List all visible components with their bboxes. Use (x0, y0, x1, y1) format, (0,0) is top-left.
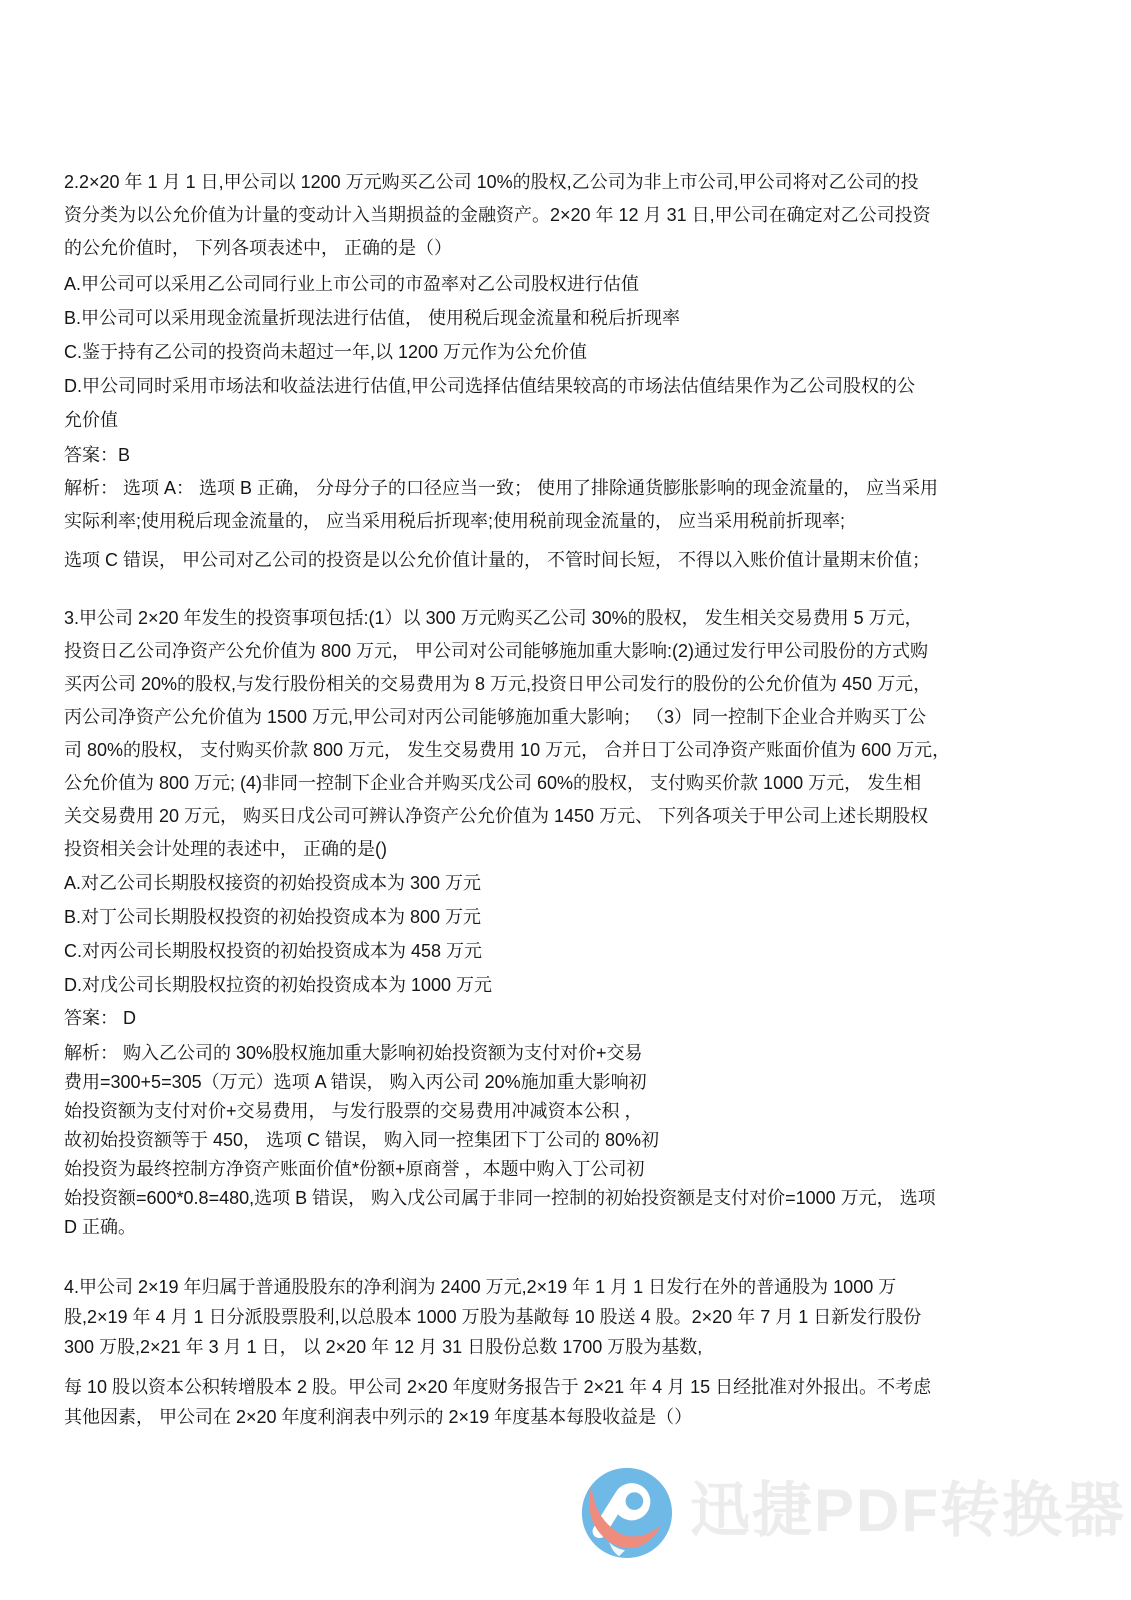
question-2-stem: 2.2×20 年 1 月 1 日,甲公司以 1200 万元购买乙公司 10%的股… (64, 166, 1080, 265)
watermark-text: 迅捷PDF转换器 (690, 1462, 1126, 1560)
text-line: 选项 C 错误， 甲公司对乙公司的投资是以公允价值计量的， 不管时间长短， 不得… (64, 544, 1080, 577)
question-3-stem: 3.甲公司 2×20 年发生的投资事项包括:(1）以 300 万元购买乙公司 3… (64, 602, 1080, 866)
text-line: 始投资额=600*0.8=480,选项 B 错误， 购入戊公司属于非同一控制的初… (64, 1184, 1080, 1213)
text-line: 允价值 (64, 403, 1080, 437)
text-line: D 正确。 (64, 1213, 1080, 1242)
text-line: 费用=300+5=305（万元）选项 A 错误， 购入丙公司 20%施加重大影响… (64, 1068, 1080, 1097)
document-page: 2.2×20 年 1 月 1 日,甲公司以 1200 万元购买乙公司 10%的股… (0, 0, 1131, 1600)
question-3-answer: 答案： D (64, 1002, 1080, 1035)
text-line: 投资相关会计处理的表述中， 正确的是() (64, 833, 1080, 866)
text-line: 解析： 选项 A： 选项 B 正确， 分母分子的口径应当一致； 使用了排除通货膨… (64, 472, 1080, 505)
text-line: 其他因素， 甲公司在 2×20 年度利润表中列示的 2×19 年度基本每股收益是… (64, 1402, 1080, 1432)
text-line: 4.甲公司 2×19 年归属于普通股股东的净利润为 2400 万元,2×19 年… (64, 1272, 1080, 1302)
text-line: C.对丙公司长期股权投资的初始投资成本为 458 万元 (64, 934, 1080, 968)
watermark: 迅捷PDF转换器 (576, 1462, 1126, 1560)
question-3: 3.甲公司 2×20 年发生的投资事项包括:(1）以 300 万元购买乙公司 3… (64, 602, 1080, 1242)
question-2-answer: 答案：B (64, 439, 1080, 472)
text-line: 始投资额为支付对价+交易费用， 与发行股票的交易费用冲减资本公积 ， (64, 1097, 1080, 1126)
question-4: 4.甲公司 2×19 年归属于普通股股东的净利润为 2400 万元,2×19 年… (64, 1272, 1080, 1432)
question-3-options: A.对乙公司长期股权接资的初始投资成本为 300 万元B.对丁公司长期股权投资的… (64, 866, 1080, 1002)
text-line: 300 万股,2×21 年 3 月 1 日， 以 2×20 年 12 月 31 … (64, 1332, 1080, 1362)
text-line: 公允价值为 800 万元; (4)非同一控制下企业合并购买戊公司 60%的股权，… (64, 767, 1080, 800)
text-line: 始投资为最终控制方净资产账面价值*份额+原商誉 ，本题中购入丁公司初 (64, 1155, 1080, 1184)
text-line: A.对乙公司长期股权接资的初始投资成本为 300 万元 (64, 866, 1080, 900)
text-line: 3.甲公司 2×20 年发生的投资事项包括:(1）以 300 万元购买乙公司 3… (64, 602, 1080, 635)
question-2-options: A.甲公司可以采用乙公司同行业上市公司的市盈率对乙公司股权进行估值B.甲公司可以… (64, 267, 1080, 437)
text-line: 投资日乙公司净资产公允价值为 800 万元， 甲公司对公司能够施加重大影响:(2… (64, 635, 1080, 668)
question-2: 2.2×20 年 1 月 1 日,甲公司以 1200 万元购买乙公司 10%的股… (64, 166, 1080, 577)
text-line: 的公允价值时， 下列各项表述中， 正确的是（） (64, 232, 1080, 265)
text-line: 故初始投资额等于 450， 选项 C 错误， 购入同一控集团下丁公司的 80%初 (64, 1126, 1080, 1155)
question-2-analysis-note: 选项 C 错误， 甲公司对乙公司的投资是以公允价值计量的， 不管时间长短， 不得… (64, 544, 1080, 577)
text-line: 资分类为以公允价值为计量的变动计入当期损益的金融资产。2×20 年 12 月 3… (64, 199, 1080, 232)
text-line: C.鉴于持有乙公司的投资尚未超过一年,以 1200 万元作为公允价值 (64, 335, 1080, 369)
text-line: 司 80%的股权， 支付购买价款 800 万元， 发生交易费用 10 万元， 合… (64, 734, 1080, 767)
question-4-stem-part2: 每 10 股以资本公积转增股本 2 股。甲公司 2×20 年度财务报告于 2×2… (64, 1372, 1080, 1432)
text-line: 每 10 股以资本公积转增股本 2 股。甲公司 2×20 年度财务报告于 2×2… (64, 1372, 1080, 1402)
question-3-analysis: 解析： 购入乙公司的 30%股权施加重大影响初始投资额为支付对价+交易费用=30… (64, 1039, 1080, 1242)
text-line: 解析： 购入乙公司的 30%股权施加重大影响初始投资额为支付对价+交易 (64, 1039, 1080, 1068)
text-line: B.甲公司可以采用现金流量折现法进行估值， 使用税后现金流量和税后折现率 (64, 301, 1080, 335)
text-line: 关交易费用 20 万元， 购买日戊公司可辨认净资产公允价值为 1450 万元、 … (64, 800, 1080, 833)
question-2-analysis: 解析： 选项 A： 选项 B 正确， 分母分子的口径应当一致； 使用了排除通货膨… (64, 472, 1080, 538)
text-line: 2.2×20 年 1 月 1 日,甲公司以 1200 万元购买乙公司 10%的股… (64, 166, 1080, 199)
question-4-stem-part1: 4.甲公司 2×19 年归属于普通股股东的净利润为 2400 万元,2×19 年… (64, 1272, 1080, 1362)
text-line: 买丙公司 20%的股权,与发行股份相关的交易费用为 8 万元,投资日甲公司发行的… (64, 668, 1080, 701)
text-line: 丙公司净资产公允价值为 1500 万元,甲公司对丙公司能够施加重大影响； （3）… (64, 701, 1080, 734)
document-content: 2.2×20 年 1 月 1 日,甲公司以 1200 万元购买乙公司 10%的股… (64, 166, 1080, 1432)
pdf-converter-logo-icon (576, 1462, 674, 1560)
text-line: B.对丁公司长期股权投资的初始投资成本为 800 万元 (64, 900, 1080, 934)
text-line: D.甲公司同时采用市场法和收益法进行估值,甲公司选择估值结果较高的市场法估值结果… (64, 369, 1080, 403)
text-line: 实际利率;使用税后现金流量的， 应当采用税后折现率;使用税前现金流量的， 应当采… (64, 505, 1080, 538)
text-line: D.对戊公司长期股权拉资的初始投资成本为 1000 万元 (64, 968, 1080, 1002)
text-line: A.甲公司可以采用乙公司同行业上市公司的市盈率对乙公司股权进行估值 (64, 267, 1080, 301)
text-line: 股,2×19 年 4 月 1 日分派股票股利,以总股本 1000 万股为基敞每 … (64, 1302, 1080, 1332)
